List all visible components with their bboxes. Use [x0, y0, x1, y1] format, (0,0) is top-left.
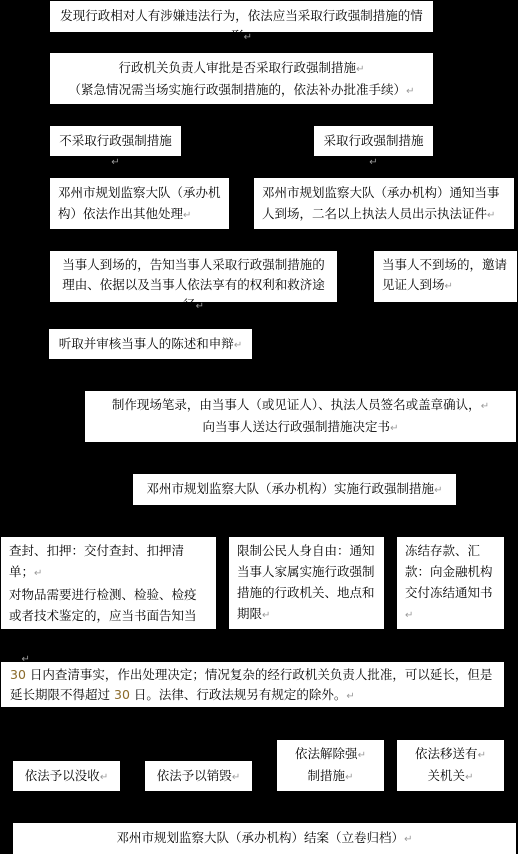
- node-record-line1: 制作现场笔录，由当事人（或见证人）、执法人员签名或盖章确认，: [112, 397, 481, 412]
- node-party-absent: 当事人不到场的，邀请见证人到场↵: [374, 251, 517, 302]
- node-close-case: 邓州市规划监察大队（承办机构）结案（立卷归档）↵: [13, 823, 516, 854]
- node-restrict-freedom: 限制公民人身自由：通知当事人家属实施行政强制措施的行政机关、地点和期限↵: [229, 537, 384, 629]
- paragraph-mark-icon: ↵: [369, 157, 377, 168]
- node-seal-seize-line2: 对物品需要进行检测、检验、检疫或者技术鉴定的，应当书面告知当事人起止时间，费用由…: [9, 587, 197, 665]
- paragraph-mark-icon: ↵: [481, 401, 489, 412]
- paragraph-mark-icon: ↵: [434, 485, 442, 496]
- paragraph-mark-icon: ↵: [478, 750, 486, 761]
- node-investigate-part2: 日。法律、行政法规另有规定的除外。: [134, 687, 347, 702]
- node-approval-line1: 行政机关负责人审批是否采取行政强制措施: [119, 60, 357, 75]
- node-freeze-deposit-text: 冻结存款、汇款：向金融机构交付冻结通知书: [405, 543, 493, 600]
- paragraph-mark-icon: ↵: [465, 772, 473, 783]
- node-record: 制作现场笔录，由当事人（或见证人）、执法人员签名或盖章确认，↵ 向当事人送达行政…: [85, 391, 516, 442]
- node-release-line1: 依法解除强: [295, 746, 358, 761]
- node-start-text: 发现行政相对人有涉嫌违法行为，依法应当采取行政强制措施的情形: [60, 8, 423, 43]
- paragraph-mark-icon: ↵: [100, 772, 108, 783]
- paragraph-mark-icon: ↵: [405, 610, 413, 621]
- node-investigate-num2: 30: [114, 687, 130, 702]
- node-record-line2: 向当事人送达行政强制措施决定书: [203, 419, 391, 434]
- node-close-case-text: 邓州市规划监察大队（承办机构）结案（立卷归档）: [117, 830, 405, 845]
- node-party-present-text: 当事人到场的，告知当事人采取行政强制措施的理由、依据以及当事人依法享有的权利和救…: [62, 257, 325, 312]
- node-confiscate: 依法予以没收↵: [13, 761, 120, 791]
- node-no-measure-text: 不采取行政强制措施: [59, 133, 172, 148]
- node-approval-line2: （紧急情况需当场实施行政强制措施的，依法补办批准手续）: [69, 82, 407, 97]
- node-release: 依法解除强↵ 制措施↵: [277, 740, 384, 791]
- paragraph-mark-icon: ↵: [234, 340, 242, 351]
- paragraph-mark-icon: ↵: [196, 301, 204, 312]
- node-take-measure: 采取行政强制措施↵: [314, 126, 433, 156]
- node-notify-party-text: 邓州市规划监察大队（承办机构）通知当事人到场，二名以上执法人员出示执法证件: [262, 185, 500, 221]
- node-destroy-text: 依法予以销毁: [157, 768, 232, 783]
- paragraph-mark-icon: ↵: [358, 750, 366, 761]
- paragraph-mark-icon: ↵: [34, 568, 42, 579]
- paragraph-mark-icon: ↵: [404, 834, 412, 845]
- paragraph-mark-icon: ↵: [346, 691, 354, 702]
- paragraph-mark-icon: ↵: [111, 157, 119, 168]
- node-notify-party: 邓州市规划监察大队（承办机构）通知当事人到场，二名以上执法人员出示执法证件↵: [254, 178, 514, 229]
- node-start: 发现行政相对人有涉嫌违法行为，依法应当采取行政强制措施的情形↵: [50, 1, 433, 32]
- node-hear-defense-text: 听取并审核当事人的陈述和申辩: [59, 336, 234, 351]
- paragraph-mark-icon: ↵: [356, 64, 364, 75]
- node-release-line2: 制措施: [308, 768, 346, 783]
- node-investigate-num1: 30: [10, 667, 26, 682]
- node-investigate: 30 日内查清事实，作出处理决定；情况复杂的经行政机关负责人批准，可以延长，但是…: [1, 662, 504, 707]
- node-party-present: 当事人到场的，告知当事人采取行政强制措施的理由、依据以及当事人依法享有的权利和救…: [50, 251, 337, 302]
- node-confiscate-text: 依法予以没收: [25, 768, 100, 783]
- node-seal-seize: 查封、扣押：交付查封、扣押清单；↵ 对物品需要进行检测、检验、检疫或者技术鉴定的…: [1, 537, 216, 629]
- node-other-handling-text: 邓州市规划监察大队（承办机构）依法作出其他处理: [58, 185, 221, 221]
- node-destroy: 依法予以销毁↵: [145, 761, 252, 791]
- paragraph-mark-icon: ↵: [406, 86, 414, 97]
- paragraph-mark-icon: ↵: [183, 210, 191, 221]
- node-hear-defense: 听取并审核当事人的陈述和申辩↵: [49, 329, 252, 359]
- paragraph-mark-icon: ↵: [262, 610, 270, 621]
- paragraph-mark-icon: ↵: [487, 210, 495, 221]
- node-approval: 行政机关负责人审批是否采取行政强制措施↵ （紧急情况需当场实施行政强制措施的，依…: [50, 53, 433, 104]
- node-transfer: 依法移送有↵ 关机关↵: [397, 740, 504, 791]
- node-no-measure: 不采取行政强制措施↵: [50, 126, 181, 156]
- node-take-measure-text: 采取行政强制措施: [323, 133, 423, 148]
- node-implement-text: 邓州市规划监察大队（承办机构）实施行政强制措施: [147, 481, 435, 496]
- node-transfer-line1: 依法移送有: [415, 746, 478, 761]
- paragraph-mark-icon: ↵: [345, 772, 353, 783]
- node-restrict-freedom-text: 限制公民人身自由：通知当事人家属实施行政强制措施的行政机关、地点和期限: [237, 543, 375, 621]
- paragraph-mark-icon: ↵: [445, 281, 453, 292]
- node-implement: 邓州市规划监察大队（承办机构）实施行政强制措施↵: [133, 474, 456, 505]
- node-freeze-deposit: 冻结存款、汇款：向金融机构交付冻结通知书↵: [397, 537, 504, 629]
- node-other-handling: 邓州市规划监察大队（承办机构）依法作出其他处理↵: [50, 178, 229, 229]
- paragraph-mark-icon: ↵: [232, 772, 240, 783]
- node-transfer-line2: 关机关: [428, 768, 466, 783]
- paragraph-mark-icon: ↵: [390, 423, 398, 434]
- paragraph-mark-icon: ↵: [244, 32, 252, 43]
